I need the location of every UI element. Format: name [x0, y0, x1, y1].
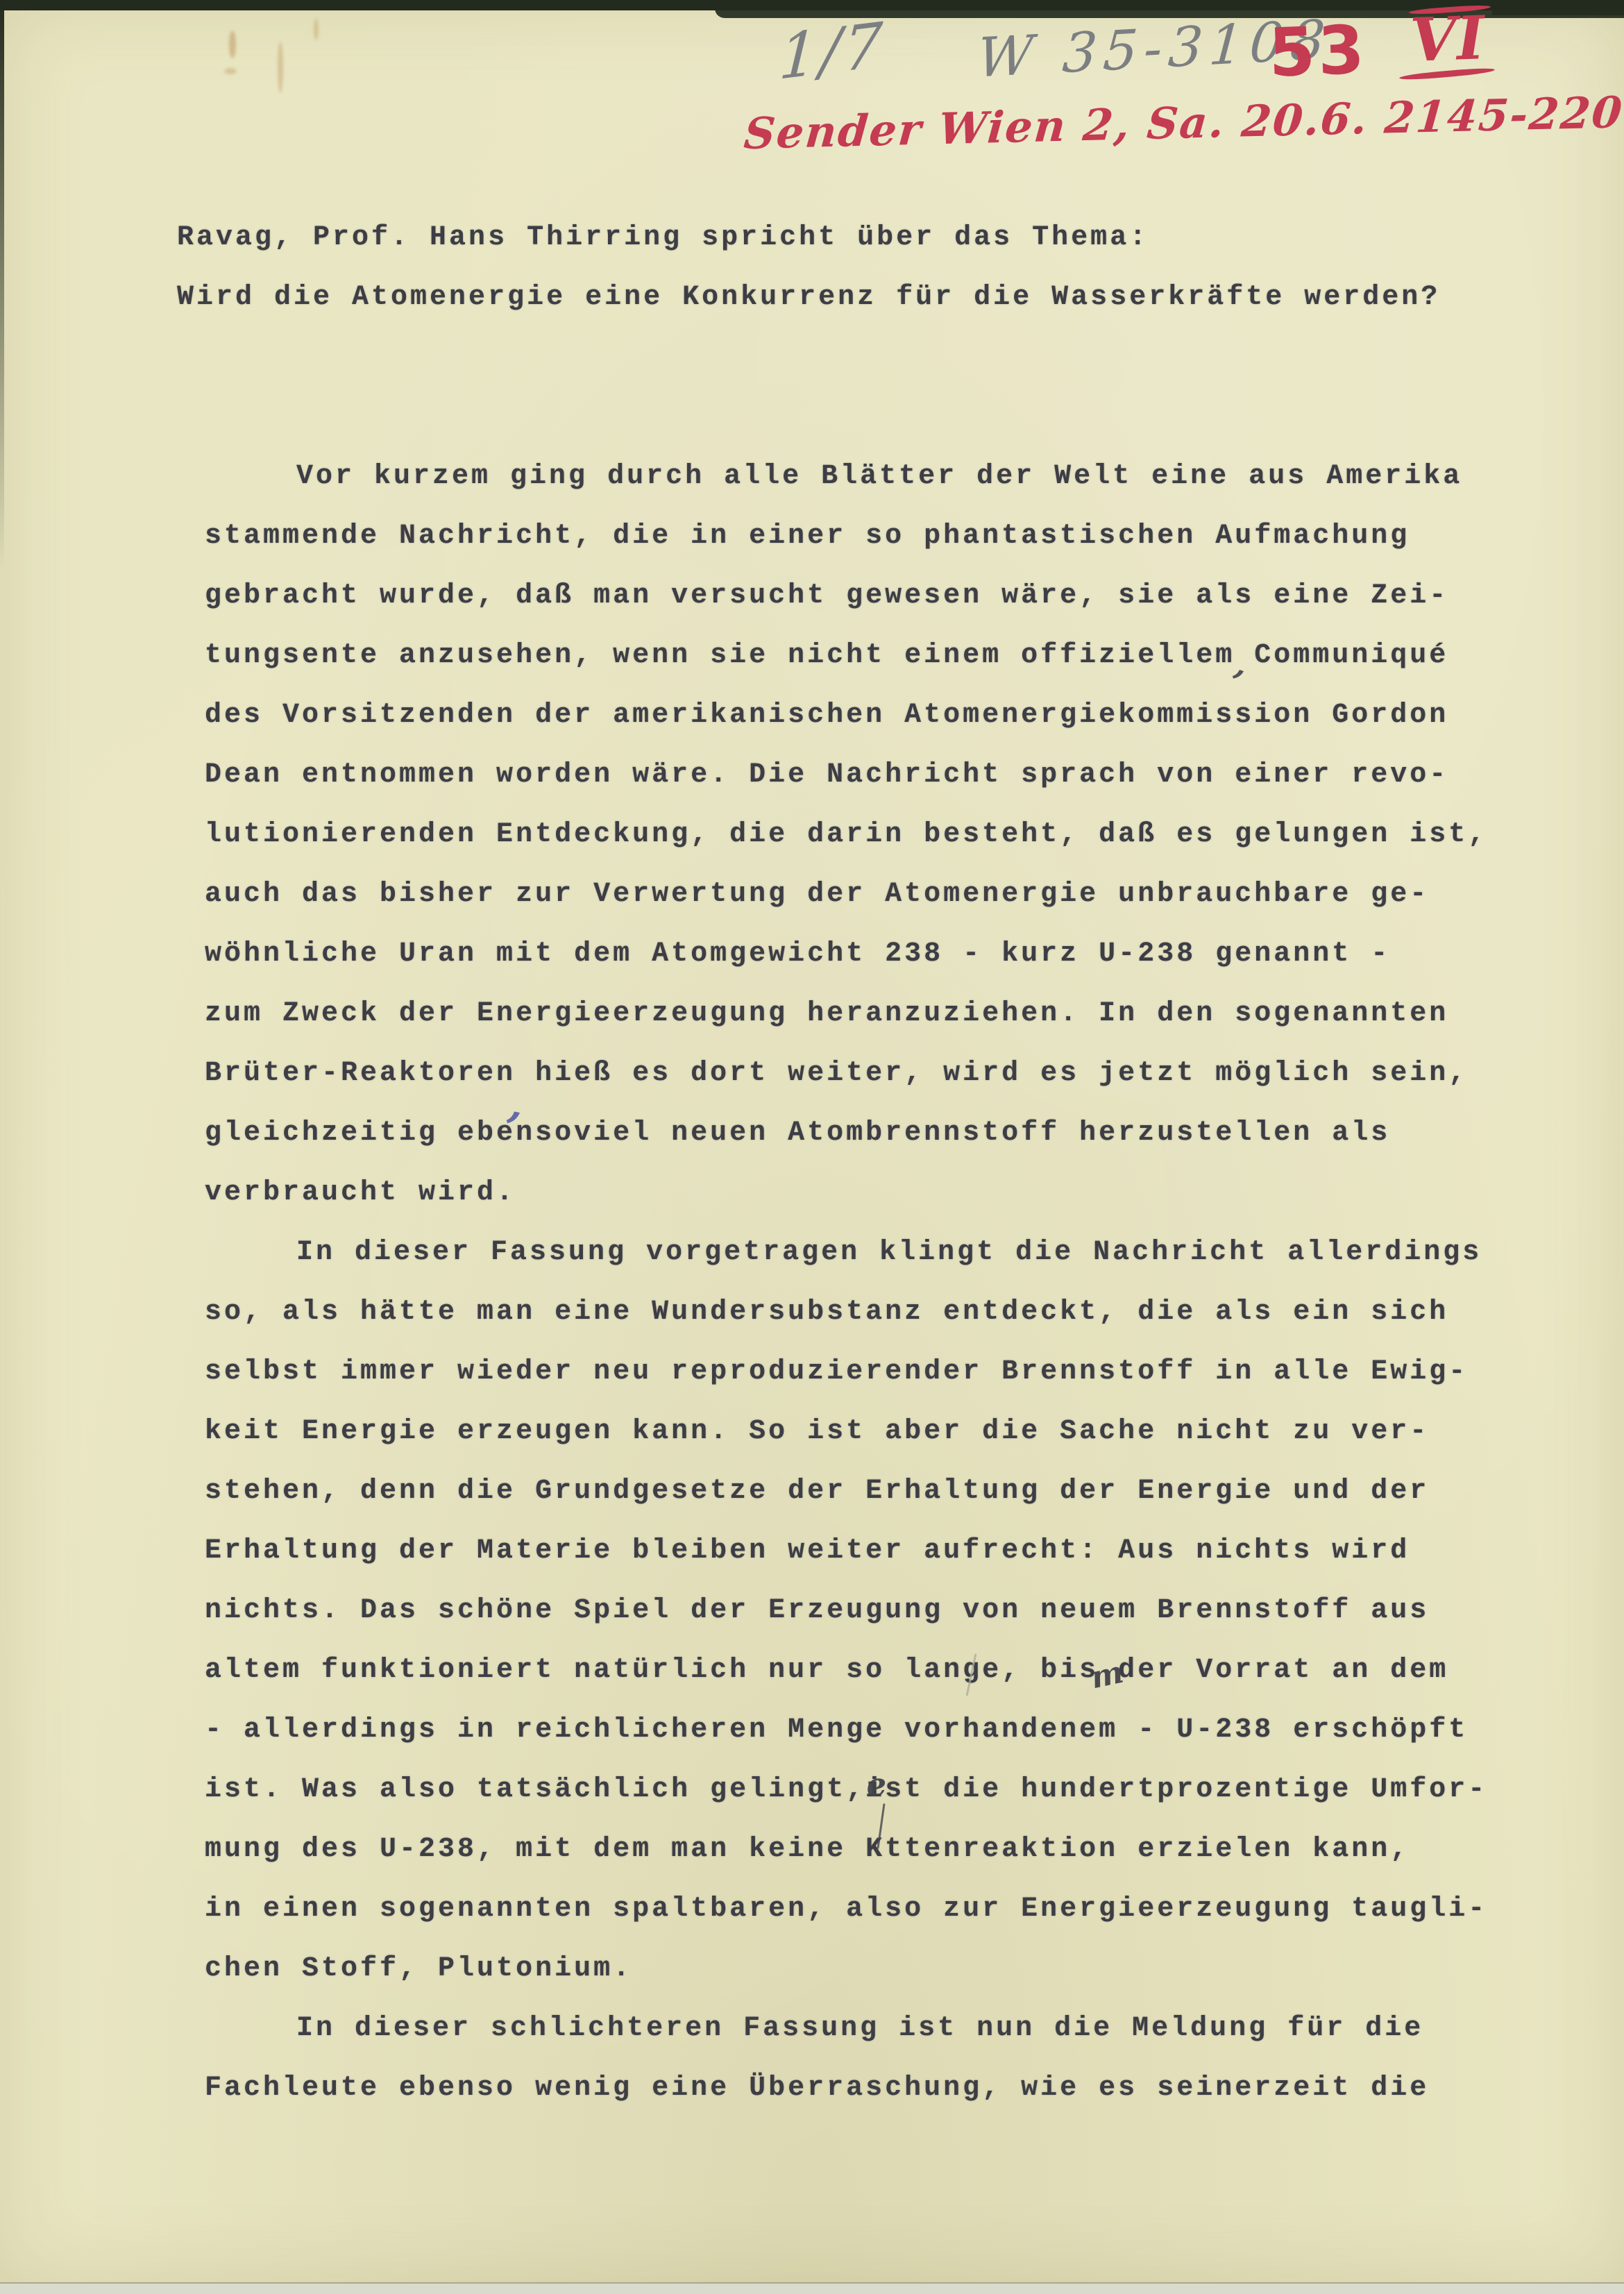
handwritten-corrections-layer: ,,me [0, 0, 1624, 2286]
inserted-comma-blue: , [506, 1083, 528, 1126]
pencil-slash [966, 1653, 977, 1696]
inserted-e: e [865, 1768, 888, 1801]
inserted-comma-dark: , [1232, 648, 1252, 682]
scanned-document: 1/7 W 35-3108 53 VI Sender Wien 2, Sa. 2… [0, 0, 1624, 2294]
paper-sheet: 1/7 W 35-3108 53 VI Sender Wien 2, Sa. 2… [0, 0, 1624, 2286]
insertion-stroke [877, 1803, 885, 1849]
inserted-m: m [1088, 1658, 1126, 1694]
